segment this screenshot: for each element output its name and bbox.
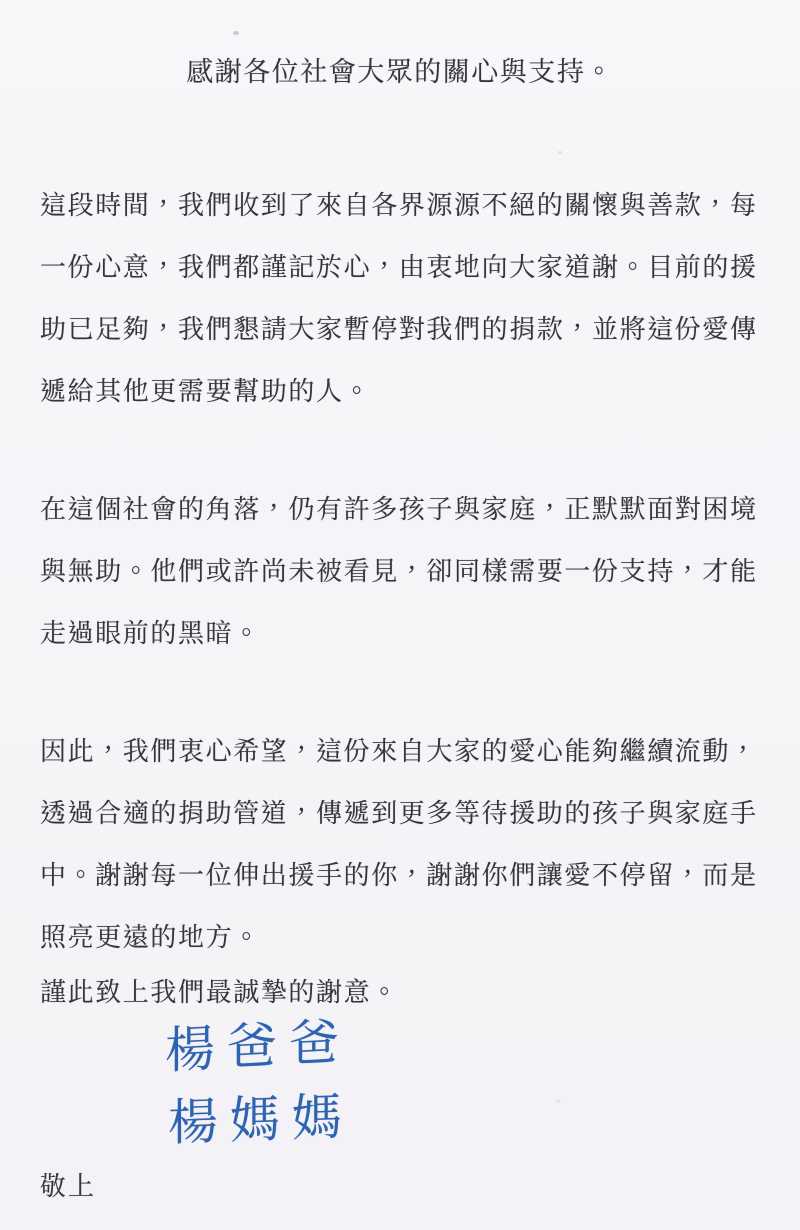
paragraph-line: 照亮更遠的地方。 <box>40 907 760 969</box>
signature-block: 楊爸爸 楊媽媽 <box>40 1015 760 1159</box>
scan-speck <box>233 31 239 35</box>
paragraph-line: 走過眼前的黑暗。 <box>40 603 760 665</box>
paragraph-line: 在這個社會的角落，仍有許多孩子與家庭，正默默面對困境 <box>40 479 760 541</box>
paragraph-line: 這段時間，我們收到了來自各界源源不絕的關懷與善款，每 <box>40 175 760 237</box>
scanned-letter-page: 感謝各位社會大眾的關心與支持。 這段時間，我們收到了來自各界源源不絕的關懷與善款… <box>0 0 800 1230</box>
paragraph-line: 因此，我們衷心希望，這份來自大家的愛心能夠繼續流動， <box>40 721 760 783</box>
paragraph-1: 這段時間，我們收到了來自各界源源不絕的關懷與善款，每 一份心意，我們都謹記於心，… <box>40 175 760 423</box>
sign-off: 敬上 <box>40 1167 760 1207</box>
paragraph-3: 因此，我們衷心希望，這份來自大家的愛心能夠繼續流動， 透過合適的捐助管道，傳遞到… <box>40 721 760 969</box>
paragraph-line: 中。謝謝每一位伸出援手的你，謝謝你們讓愛不停留，而是 <box>40 845 760 907</box>
paragraph-line: 一份心意，我們都謹記於心，由衷地向大家道謝。目前的援 <box>40 237 760 299</box>
letter-title: 感謝各位社會大眾的關心與支持。 <box>40 0 760 89</box>
scan-speck <box>558 151 562 154</box>
scan-speck <box>556 1100 561 1103</box>
paragraph-line: 遞給其他更需要幫助的人。 <box>40 361 760 423</box>
paragraph-2: 在這個社會的角落，仍有許多孩子與家庭，正默默面對困境 與無助。他們或許尚未被看見… <box>40 479 760 665</box>
paragraph-line: 與無助。他們或許尚未被看見，卻同樣需要一份支持，才能 <box>40 541 760 603</box>
paragraph-line: 助已足夠，我們懇請大家暫停對我們的捐款，並將這份愛傳 <box>40 299 760 361</box>
paragraph-line: 透過合適的捐助管道，傳遞到更多等待援助的孩子與家庭手 <box>40 783 760 845</box>
